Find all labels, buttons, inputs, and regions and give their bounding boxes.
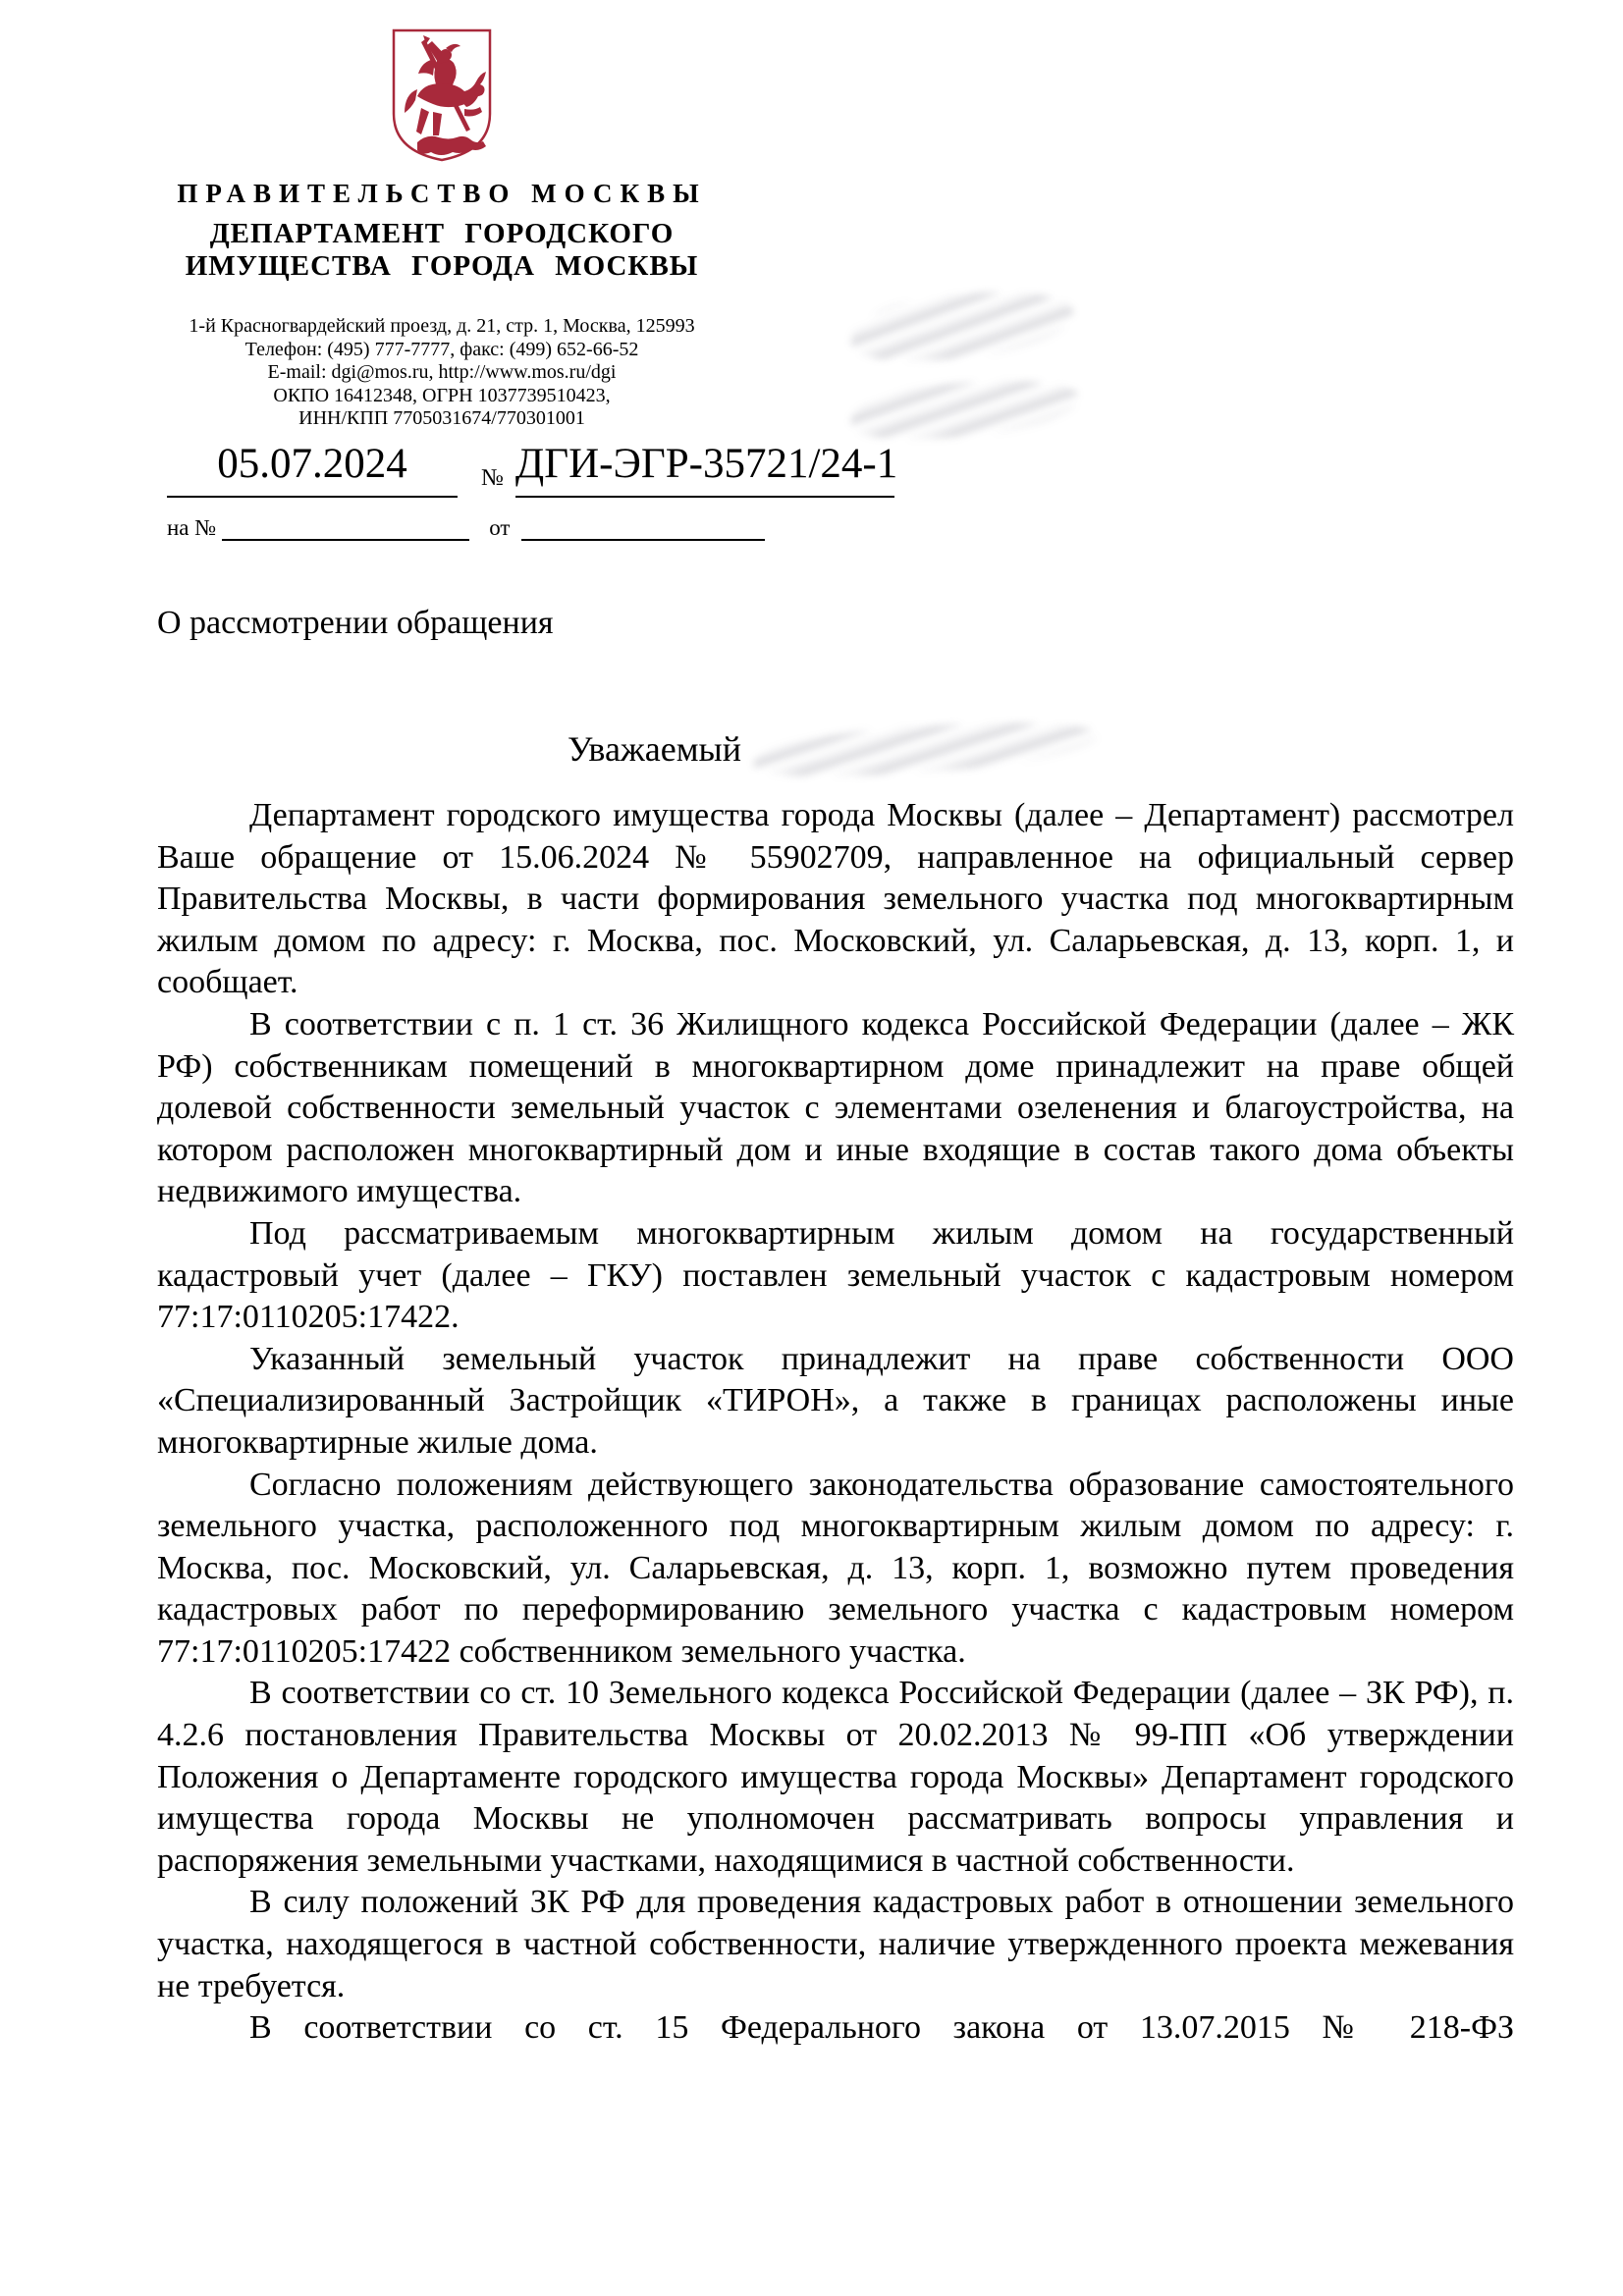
contact-block: 1-й Красногвардейский проезд, д. 21, стр… <box>98 315 785 431</box>
reply-reference-row: на № от <box>167 513 913 541</box>
department-name: ДЕПАРТАМЕНТ ГОРОДСКОГО ИМУЩЕСТВА ГОРОДА … <box>98 218 785 283</box>
inn-kpp: ИНН/КПП 7705031674/770301001 <box>98 407 785 431</box>
department-name-line1: ДЕПАРТАМЕНТ ГОРОДСКОГО <box>98 218 785 250</box>
redacted-recipient-line1 <box>847 283 1076 368</box>
number-sign-label: № <box>481 465 504 492</box>
department-name-line2: ИМУЩЕСТВА ГОРОДА МОСКВЫ <box>98 250 785 283</box>
letter-body: Департамент городского имущества города … <box>157 795 1514 2050</box>
date-number-row: 05.07.2024 № ДГИ-ЭГР-35721/24-1 <box>167 440 913 498</box>
body-paragraph: Департамент городского имущества города … <box>157 795 1514 1004</box>
reply-from-label: от <box>489 515 510 541</box>
salutation-text: Уважаемый <box>568 728 741 770</box>
body-paragraph: Согласно положениям действующего законод… <box>157 1465 1514 1674</box>
reply-date-blank <box>521 513 765 541</box>
subject-line: О рассмотрении обращения <box>157 605 554 642</box>
requisites-block: 05.07.2024 № ДГИ-ЭГР-35721/24-1 на № от <box>167 440 913 541</box>
body-paragraph: В силу положений ЗК РФ для проведения ка… <box>157 1882 1514 2007</box>
email-website: E-mail: dgi@mos.ru, http://www.mos.ru/dg… <box>98 361 785 385</box>
reply-number-blank <box>222 513 469 541</box>
body-paragraph: В соответствии со ст. 15 Федерального за… <box>157 2007 1514 2050</box>
redacted-recipient-name <box>752 715 1100 783</box>
body-paragraph: В соответствии со ст. 10 Земельного коде… <box>157 1673 1514 1882</box>
letterhead: ПРАВИТЕЛЬСТВО МОСКВЫ ДЕПАРТАМЕНТ ГОРОДСК… <box>98 26 785 431</box>
okpo-ogrn: ОКПО 16412348, ОГРН 1037739510423, <box>98 385 785 408</box>
government-title: ПРАВИТЕЛЬСТВО МОСКВЫ <box>98 179 785 209</box>
redacted-recipient-line2 <box>848 373 1082 446</box>
letter-date: 05.07.2024 <box>167 440 458 498</box>
phone-fax: Телефон: (495) 777-7777, факс: (499) 652… <box>98 339 785 362</box>
body-paragraph: В соответствии с п. 1 ст. 36 Жилищного к… <box>157 1004 1514 1213</box>
salutation-line: Уважаемый <box>568 726 1099 772</box>
letter-page: ПРАВИТЕЛЬСТВО МОСКВЫ ДЕПАРТАМЕНТ ГОРОДСК… <box>0 0 1623 2296</box>
moscow-coat-of-arms-icon <box>388 26 496 165</box>
body-paragraph: Под рассматриваемым многоквартирным жилы… <box>157 1213 1514 1339</box>
postal-address: 1-й Красногвардейский проезд, д. 21, стр… <box>98 315 785 339</box>
outgoing-number: ДГИ-ЭГР-35721/24-1 <box>515 440 894 498</box>
reply-to-label: на № <box>167 515 216 541</box>
body-paragraph: Указанный земельный участок принадлежит … <box>157 1339 1514 1465</box>
